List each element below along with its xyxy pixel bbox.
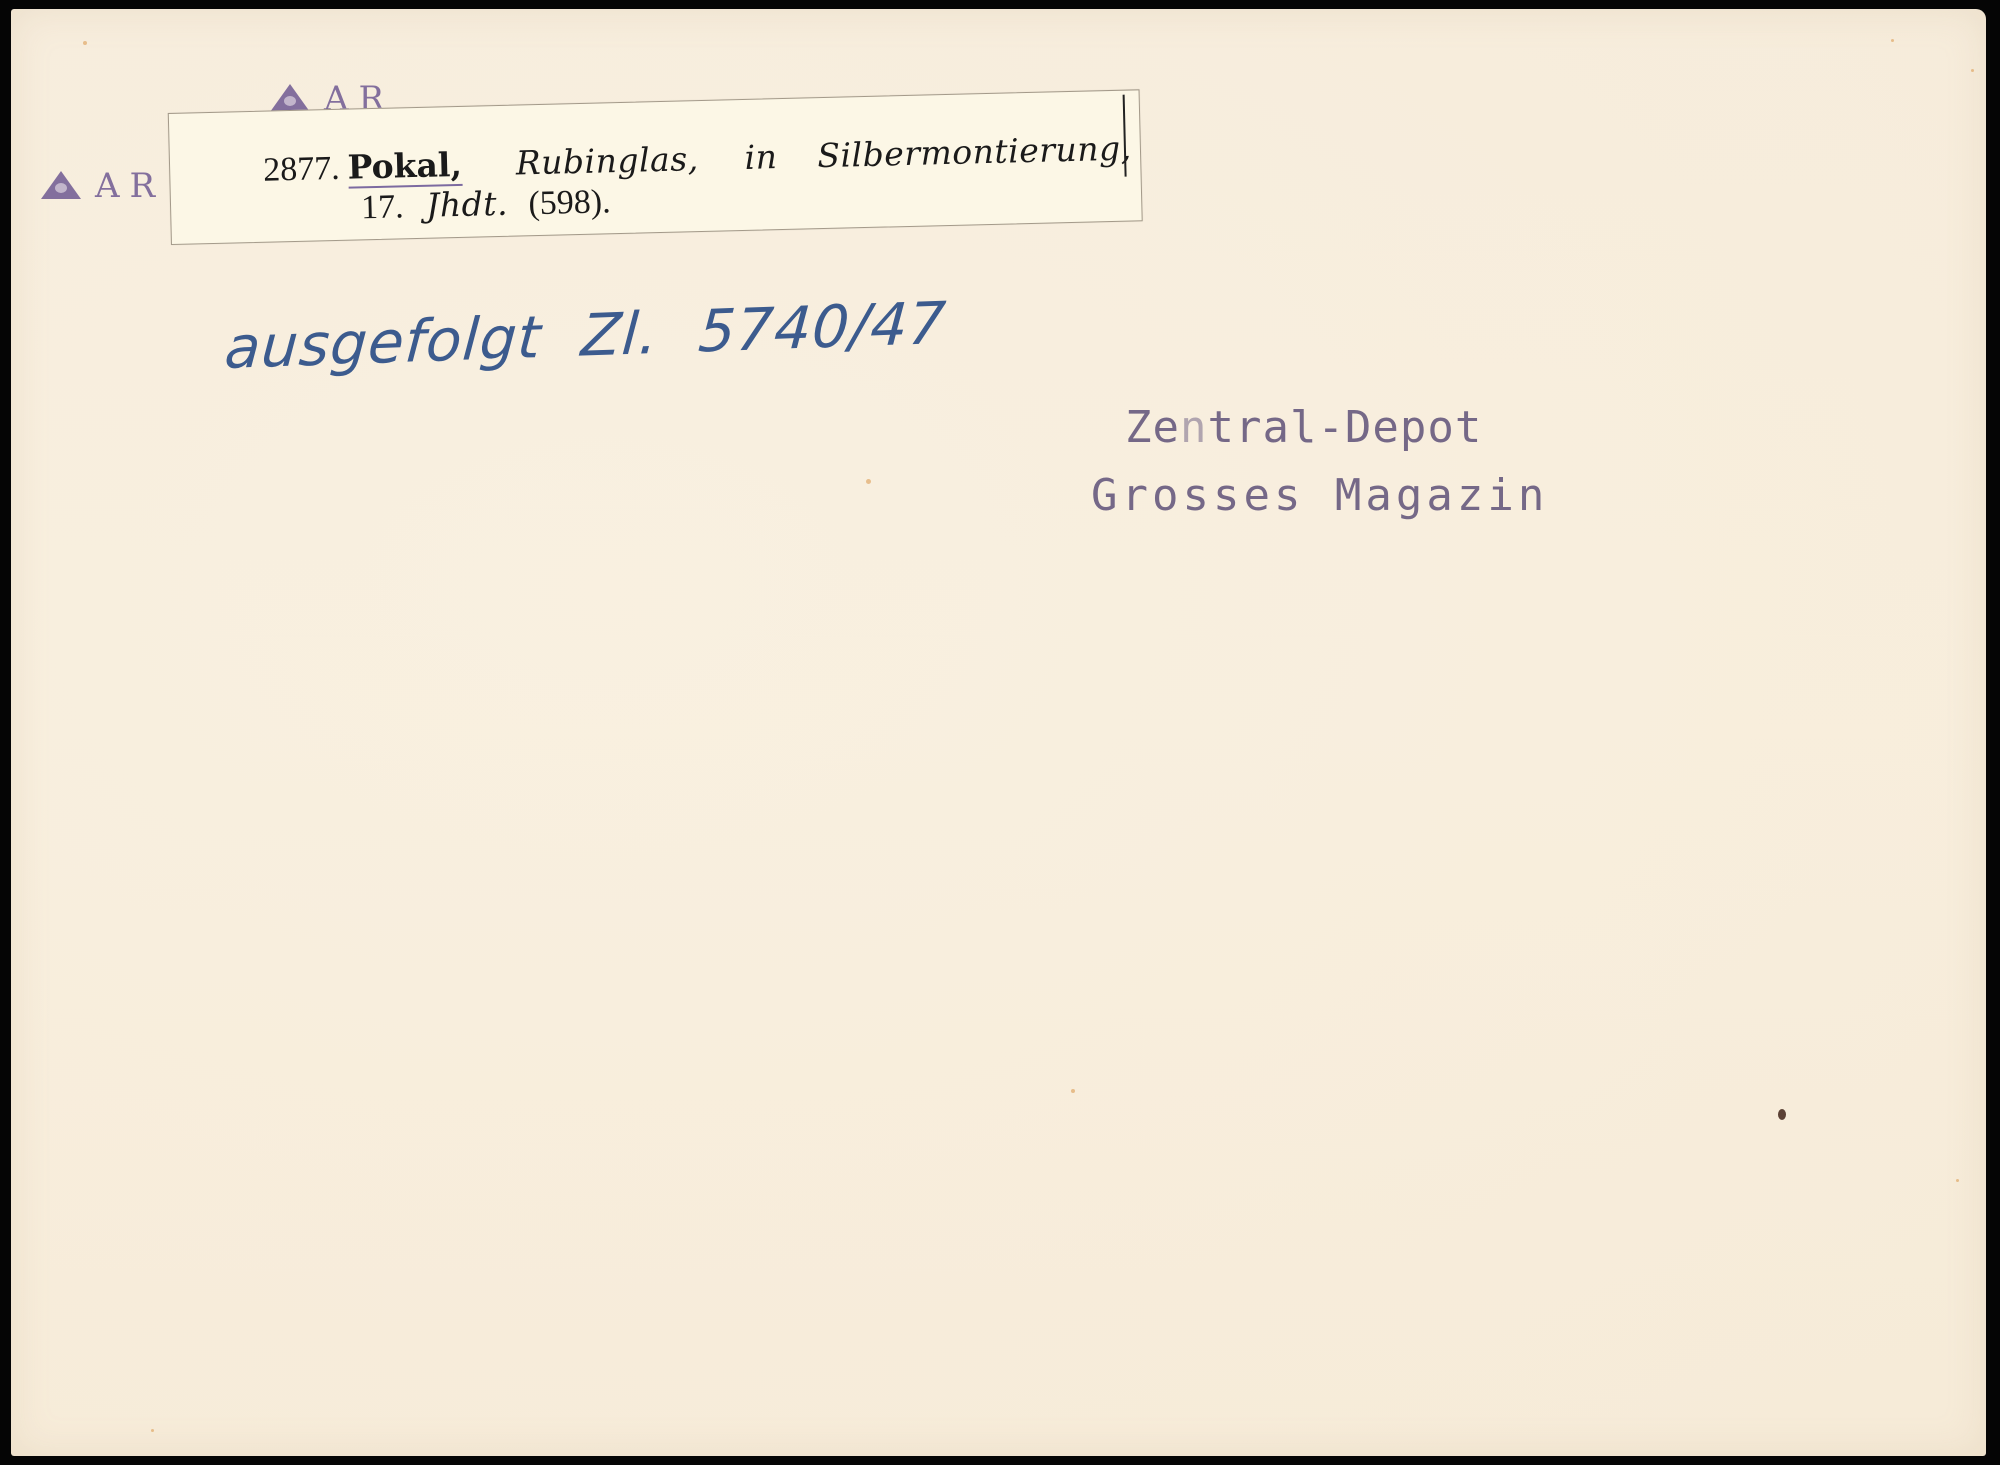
- item-mounting: Silbermontierung,: [817, 129, 1132, 176]
- paper-speck: [866, 479, 871, 484]
- century: 17.: [361, 188, 404, 226]
- handwritten-note: ausgefolgtZl.5740/47: [223, 289, 949, 382]
- item-preposition: in: [744, 137, 778, 177]
- ar-stamp-left: AR: [41, 169, 165, 203]
- ink-spot: [1778, 1109, 1786, 1120]
- paper-speck: [1971, 69, 1974, 72]
- reference-number: (598).: [528, 183, 611, 222]
- item-name: Pokal,: [347, 145, 462, 189]
- index-card: AR AR 2877. Pokal, Rubinglas, in Silberm…: [11, 9, 1986, 1456]
- item-material: Rubinglas,: [515, 139, 699, 182]
- note-number: 5740/47: [696, 289, 949, 366]
- slip-line-2: 17. Jhdt. (598).: [361, 181, 611, 227]
- ar-stamp-text: AR: [95, 169, 165, 203]
- depot-text-part: Ze: [1125, 402, 1180, 453]
- paper-speck: [1956, 1179, 1959, 1182]
- depot-stamp-line-2: Grosses Magazin: [1091, 462, 1548, 530]
- catalog-slip: 2877. Pokal, Rubinglas, in Silbermontier…: [168, 89, 1143, 245]
- catalog-number: 2877.: [263, 150, 340, 190]
- slip-line-1: 2877. Pokal, Rubinglas, in Silbermontier…: [263, 129, 1132, 191]
- depot-text-part: n: [1180, 402, 1208, 453]
- note-abbrev: Zl.: [579, 299, 661, 370]
- depot-stamp-line-1: Zentral-Depot: [1091, 394, 1548, 462]
- depot-text-part: tral-Depot: [1207, 402, 1482, 453]
- note-word: ausgefolgt: [223, 303, 544, 382]
- triangle-mark-icon: [270, 84, 310, 112]
- paper-speck: [151, 1429, 154, 1432]
- century-abbrev: Jhdt.: [426, 184, 509, 225]
- paper-speck: [1891, 39, 1894, 42]
- depot-stamp: Zentral-Depot Grosses Magazin: [1091, 394, 1548, 530]
- paper-speck: [83, 41, 87, 45]
- triangle-mark-icon: [41, 171, 81, 199]
- paper-speck: [1071, 1089, 1075, 1093]
